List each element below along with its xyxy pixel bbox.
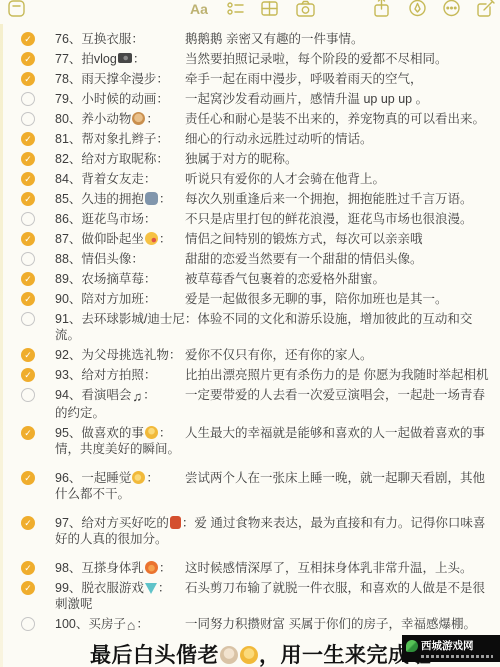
checkbox-checked[interactable]: ✓ bbox=[21, 348, 35, 362]
item-title: 84、背着女友走： bbox=[55, 171, 185, 187]
item-description: 细心的行动永远胜过动听的情话。 bbox=[185, 132, 373, 146]
checkbox-checked[interactable]: ✓ bbox=[21, 516, 35, 530]
kiss-emoji-icon bbox=[145, 232, 158, 245]
checkbox-checked[interactable]: ✓ bbox=[21, 232, 35, 246]
list-item: 88、情侣头像：甜甜的恋爱当然要有一个甜甜的情侣头像。 bbox=[0, 251, 500, 267]
toolbar: Aa bbox=[0, 0, 500, 24]
item-title: 88、情侣头像： bbox=[55, 251, 185, 267]
notes-icon[interactable] bbox=[7, 0, 27, 21]
list-item: ✓95、做喜欢的事：人生最大的幸福就是能够和喜欢的人一起做着喜欢的事情，共度美好… bbox=[0, 425, 500, 457]
item-description: 爱你不仅只有你，还有你的家人。 bbox=[185, 348, 373, 362]
item-description: 被草莓香气包裹着的恋爱格外甜蜜。 bbox=[185, 272, 385, 286]
checkbox-checked[interactable]: ✓ bbox=[21, 368, 35, 382]
list-item: 79、小时候的动画：一起窝沙发看动画片，感情升温 up up up 。 bbox=[0, 91, 500, 107]
item-description: 甜甜的恋爱当然要有一个甜甜的情侣头像。 bbox=[185, 252, 423, 266]
checkbox-checked[interactable]: ✓ bbox=[21, 152, 35, 166]
checkbox-checked[interactable]: ✓ bbox=[21, 52, 35, 66]
checkbox-checked[interactable]: ✓ bbox=[21, 72, 35, 86]
dog-emoji-icon bbox=[132, 112, 145, 125]
item-description: 鹅鹅鹅 亲密又有趣的一件事情。 bbox=[185, 32, 363, 46]
item-title: 87、做仰卧起坐： bbox=[55, 231, 185, 247]
list-item: ✓90、陪对方加班：爱是一起做很多无聊的事，陪你加班也是其一。 bbox=[0, 291, 500, 307]
item-title: 80、养小动物： bbox=[55, 111, 185, 127]
item-title: 99、脱衣服游戏： bbox=[55, 580, 185, 596]
item-title: 78、雨天撑伞漫步： bbox=[55, 71, 185, 87]
checkbox-unchecked[interactable] bbox=[21, 388, 35, 402]
checkbox-unchecked[interactable] bbox=[21, 212, 35, 226]
item-description: 当然要拍照记录啦，每个阶段的爱都不尽相同。 bbox=[185, 52, 448, 66]
list-item: ✓76、互换衣服：鹅鹅鹅 亲密又有趣的一件事情。 bbox=[0, 31, 500, 47]
checkbox-unchecked[interactable] bbox=[21, 312, 35, 326]
list-item: 100、买房子：一同努力积攒财富 买属于你们的房子，幸福感爆棚。 bbox=[0, 616, 500, 634]
checkbox-checked[interactable]: ✓ bbox=[21, 272, 35, 286]
list-item: ✓98、互搽身体乳：这时候感情深厚了，互相抹身体乳非常升温，上头。 bbox=[0, 560, 500, 576]
list-item: ✓82、给对方取昵称：独属于对方的昵称。 bbox=[0, 151, 500, 167]
watermark-name: 西城游戏网 bbox=[421, 638, 474, 653]
checkbox-checked[interactable]: ✓ bbox=[21, 581, 35, 595]
food-emoji-icon bbox=[170, 516, 181, 529]
checkbox-checked[interactable]: ✓ bbox=[21, 192, 35, 206]
cocktail-emoji-icon bbox=[145, 583, 157, 594]
item-description: 独属于对方的昵称。 bbox=[185, 152, 298, 166]
item-title: 98、互搽身体乳： bbox=[55, 560, 185, 576]
item-title: 96、一起睡觉： bbox=[55, 470, 185, 486]
checkbox-checked[interactable]: ✓ bbox=[21, 471, 35, 485]
list-item: ✓78、雨天撑伞漫步：牵手一起在雨中漫步，呼吸着雨天的空气， bbox=[0, 71, 500, 87]
list-item: ✓99、脱衣服游戏：石头剪刀布输了就脱一件衣服，和喜欢的人做是不是很刺激呢 bbox=[0, 580, 500, 612]
list-item: ✓84、背着女友走：听说只有爱你的人才会骑在他背上。 bbox=[0, 171, 500, 187]
list-item: ✓85、久违的拥抱：每次久别重逢后来一个拥抱，拥抱能胜过千言万语。 bbox=[0, 191, 500, 207]
watermark: 西城游戏网 bbox=[402, 635, 500, 662]
item-description: 责任心和耐心是装不出来的，养宠物真的可以看出来。 bbox=[185, 112, 485, 126]
list-item: 80、养小动物：责任心和耐心是装不出来的，养宠物真的可以看出来。 bbox=[0, 111, 500, 127]
share-icon[interactable] bbox=[372, 0, 392, 21]
checklist: ✓76、互换衣服：鹅鹅鹅 亲密又有趣的一件事情。✓77、拍vlog：当然要拍照记… bbox=[0, 24, 500, 634]
item-title: 93、给对方拍照： bbox=[55, 367, 185, 383]
checkbox-unchecked[interactable] bbox=[21, 252, 35, 266]
item-title: 95、做喜欢的事： bbox=[55, 425, 185, 441]
checkbox-checked[interactable]: ✓ bbox=[21, 292, 35, 306]
list-item: 91、去环球影城/迪士尼：体验不同的文化和游乐设施，增加彼此的互动和交流。 bbox=[0, 311, 500, 343]
list-item: ✓81、帮对象扎辫子：细心的行动永远胜过动听的情话。 bbox=[0, 131, 500, 147]
hug-emoji-icon bbox=[145, 192, 158, 205]
item-description: 每次久别重逢后来一个拥抱，拥抱能胜过千言万语。 bbox=[185, 192, 473, 206]
hot-face-emoji-icon bbox=[145, 561, 158, 574]
checkbox-checked[interactable]: ✓ bbox=[21, 132, 35, 146]
checkbox-checked[interactable]: ✓ bbox=[21, 561, 35, 575]
table-icon[interactable] bbox=[260, 0, 280, 21]
item-title: 77、拍vlog： bbox=[55, 51, 185, 67]
checklist-icon[interactable] bbox=[226, 0, 246, 21]
checkbox-unchecked[interactable] bbox=[21, 112, 35, 126]
markup-icon[interactable] bbox=[408, 0, 428, 21]
list-item: 94、看演唱会：一定要带爱的人去看一次爱豆演唱会，一起赴一场青春的约定。 bbox=[0, 387, 500, 421]
item-title: 90、陪对方加班： bbox=[55, 291, 185, 307]
item-description: 比拍出漂亮照片更有杀伤力的是 你愿为我随时举起相机 bbox=[185, 368, 488, 382]
item-title: 89、农场摘草莓： bbox=[55, 271, 185, 287]
item-title: 92、为父母挑选礼物： bbox=[55, 347, 185, 363]
item-title: 76、互换衣服： bbox=[55, 31, 185, 47]
checkbox-checked[interactable]: ✓ bbox=[21, 426, 35, 440]
checkbox-unchecked[interactable] bbox=[21, 617, 35, 631]
list-item: 86、逛花鸟市场：不只是店里打包的鲜花浪漫，逛花鸟市场也很浪漫。 bbox=[0, 211, 500, 227]
item-title: 82、给对方取昵称： bbox=[55, 151, 185, 167]
item-description: 情侣之间特别的锻炼方式，每次可以亲亲哦 bbox=[185, 232, 423, 246]
list-item: ✓92、为父母挑选礼物：爱你不仅只有你，还有你的家人。 bbox=[0, 347, 500, 363]
list-item: ✓89、农场摘草莓：被草莓香气包裹着的恋爱格外甜蜜。 bbox=[0, 271, 500, 287]
item-title: 91、去环球影城/迪士尼： bbox=[55, 311, 197, 327]
item-description: 一起窝沙发看动画片，感情升温 up up up 。 bbox=[185, 92, 428, 106]
footer-text-pre: 最后白头偕老 bbox=[90, 644, 219, 667]
item-title: 94、看演唱会： bbox=[55, 387, 185, 405]
list-item: ✓87、做仰卧起坐：情侣之间特别的锻炼方式，每次可以亲亲哦 bbox=[0, 231, 500, 247]
leaf-logo-icon bbox=[406, 640, 418, 652]
list-item: ✓97、给对方买好吃的：爱 通过食物来表达，最为直接和有力。记得你口味喜好的人真… bbox=[0, 515, 500, 547]
sleepy-emoji-icon bbox=[132, 471, 145, 484]
item-title: 85、久违的拥抱： bbox=[55, 191, 185, 207]
checkbox-unchecked[interactable] bbox=[21, 92, 35, 106]
old-man-emoji-icon bbox=[220, 646, 238, 664]
item-title: 100、买房子： bbox=[55, 616, 185, 634]
item-title: 81、帮对象扎辫子： bbox=[55, 131, 185, 147]
watermark-subtext bbox=[421, 655, 493, 658]
music-note-emoji-icon bbox=[132, 389, 142, 405]
compose-icon[interactable] bbox=[476, 0, 496, 21]
item-description: 不只是店里打包的鲜花浪漫，逛花鸟市场也很浪漫。 bbox=[185, 212, 473, 226]
house-emoji-icon bbox=[127, 617, 135, 634]
list-item: ✓77、拍vlog：当然要拍照记录啦，每个阶段的爱都不尽相同。 bbox=[0, 51, 500, 67]
item-description: 一同努力积攒财富 买属于你们的房子，幸福感爆棚。 bbox=[185, 617, 476, 631]
item-description: 牵手一起在雨中漫步，呼吸着雨天的空气， bbox=[185, 72, 423, 86]
camera-icon[interactable] bbox=[296, 0, 316, 21]
format-icon[interactable]: Aa bbox=[190, 1, 208, 17]
item-title: 79、小时候的动画： bbox=[55, 91, 185, 107]
happy-emoji-icon bbox=[145, 426, 158, 439]
checkbox-checked[interactable]: ✓ bbox=[21, 172, 35, 186]
item-title: 97、给对方买好吃的： bbox=[55, 515, 194, 531]
item-description: 爱是一起做很多无聊的事，陪你加班也是其一。 bbox=[185, 292, 448, 306]
camera-emoji-icon bbox=[118, 53, 132, 63]
more-icon[interactable] bbox=[442, 0, 462, 21]
list-item: ✓93、给对方拍照：比拍出漂亮照片更有杀伤力的是 你愿为我随时举起相机 bbox=[0, 367, 500, 383]
item-description: 听说只有爱你的人才会骑在他背上。 bbox=[185, 172, 385, 186]
item-title: 86、逛花鸟市场： bbox=[55, 211, 185, 227]
old-woman-emoji-icon bbox=[240, 646, 258, 664]
list-item: ✓96、一起睡觉：尝试两个人在一张床上睡一晚，就一起聊天看剧，其他什么都不干。 bbox=[0, 470, 500, 502]
checkbox-checked[interactable]: ✓ bbox=[21, 32, 35, 46]
item-description: 这时候感情深厚了，互相抹身体乳非常升温，上头。 bbox=[185, 561, 473, 575]
